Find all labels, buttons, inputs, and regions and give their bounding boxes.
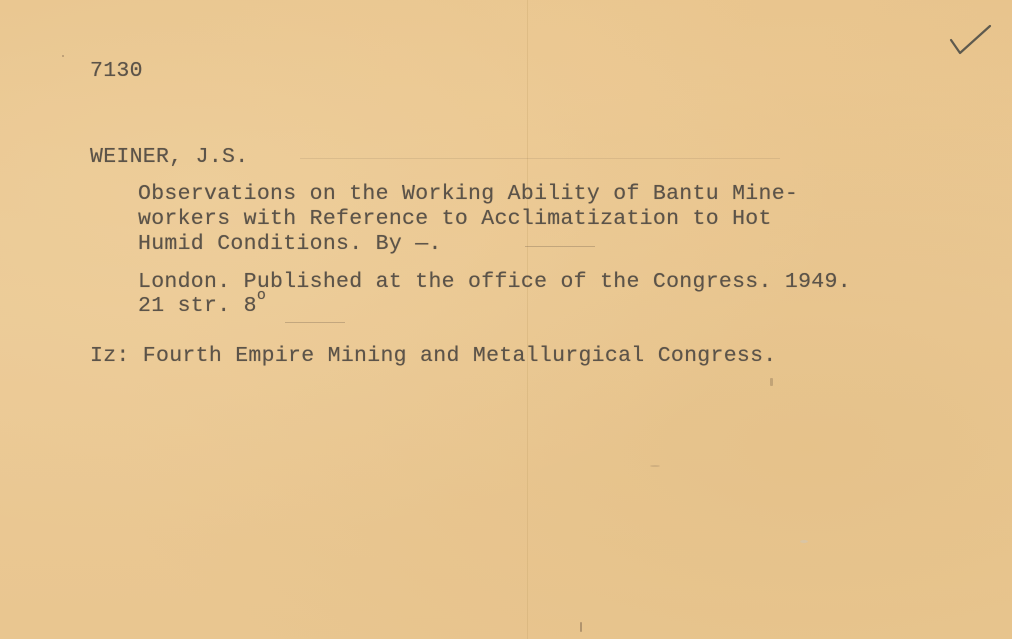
collation: 21 str. 8o	[138, 294, 266, 320]
pages-count: 21 str. 8	[138, 294, 257, 318]
paper-speck	[770, 378, 773, 386]
paper-speck	[62, 55, 64, 57]
source-note: Iz: Fourth Empire Mining and Metallurgic…	[90, 344, 777, 369]
pencil-mark	[300, 158, 780, 159]
author-heading: WEINER, J.S.	[90, 145, 248, 170]
card-fold-line	[527, 0, 528, 639]
call-number: 7130	[90, 59, 143, 84]
pencil-mark	[525, 246, 595, 247]
title-line: Humid Conditions. By —.	[138, 232, 442, 257]
checkmark-icon	[945, 22, 995, 58]
pencil-mark	[285, 322, 345, 323]
paper-speck	[580, 622, 582, 632]
title-line: workers with Reference to Acclimatizatio…	[138, 207, 772, 232]
paper-speck	[650, 465, 660, 467]
catalog-card: 7130 WEINER, J.S. Observations on the Wo…	[0, 0, 1012, 639]
format-superscript: o	[257, 287, 266, 304]
title-line: Observations on the Working Ability of B…	[138, 182, 798, 207]
publication-info: London. Published at the office of the C…	[138, 270, 851, 295]
paper-speck	[800, 540, 808, 543]
